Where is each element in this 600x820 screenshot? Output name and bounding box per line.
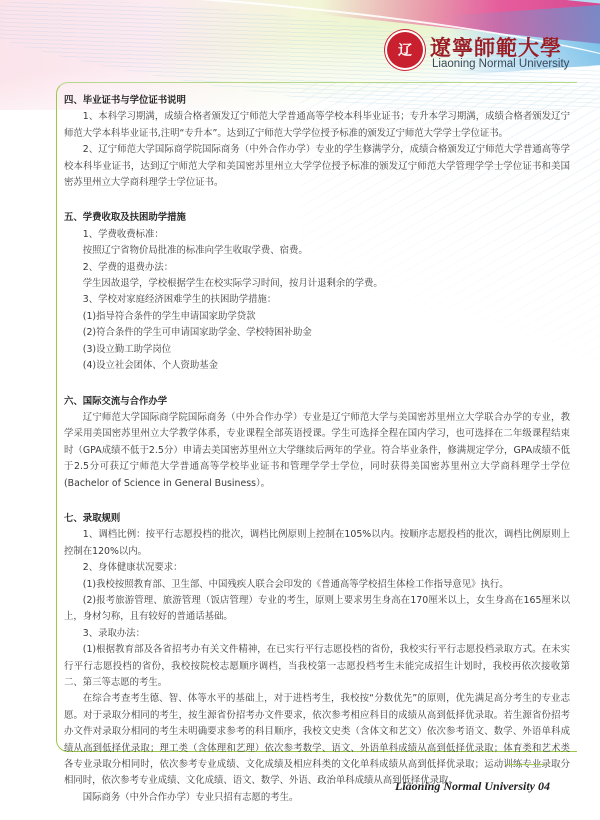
section-title: 五、学费收取及扶困助学措施 bbox=[64, 210, 570, 226]
paragraph: (1)我校按照教育部、卫生部、中国残疾人联合会印发的《普通高等学校招生体检工作指… bbox=[64, 577, 570, 593]
paragraph: 1、调档比例：按平行志愿投档的批次，调档比例原则上控制在105%以内。按顺序志愿… bbox=[64, 527, 570, 560]
section-title: 六、国际交流与合作办学 bbox=[64, 394, 570, 410]
document-body: 四、毕业证书与学位证书说明 1、本科学习期满，成绩合格者颁发辽宁师范大学普通高等… bbox=[64, 93, 570, 806]
university-emblem-icon: 辽 bbox=[387, 32, 423, 68]
paragraph: 辽宁师范大学国际商学院国际商务（中外合作办学）专业是辽宁师范大学与美国密苏里州立… bbox=[64, 410, 570, 492]
list-item: 2、学费的退费办法： bbox=[64, 260, 570, 276]
paragraph: 1、本科学习期满，成绩合格者颁发辽宁师范大学普通高等学校本科毕业证书；专升本学习… bbox=[64, 109, 570, 142]
list-item: (2)符合条件的学生可申请国家助学金、学校特困补助金 bbox=[64, 325, 570, 341]
paragraph: 2、身体健康状况要求： bbox=[64, 560, 570, 576]
emblem-glyph: 辽 bbox=[398, 40, 412, 60]
paragraph: 2、辽宁师范大学国际商学院国际商务（中外合作办学）专业的学生修满学分，成绩合格颁… bbox=[64, 142, 570, 191]
page-footer: Liaoning Normal University 04 bbox=[395, 779, 550, 794]
list-item: 学生因故退学，学校根据学生在校实际学习时间，按月计退剩余的学费。 bbox=[64, 276, 570, 292]
list-item: 3、学校对家庭经济困难学生的扶困助学措施： bbox=[64, 292, 570, 308]
list-item: (1)指导符合条件的学生申请国家助学贷款 bbox=[64, 309, 570, 325]
paragraph: (2)报考旅游管理、旅游管理（饭店管理）专业的考生，原则上要求男生身高在170厘… bbox=[64, 593, 570, 626]
list-item: 按照辽宁省物价局批准的标准向学生收取学费、宿费。 bbox=[64, 243, 570, 259]
list-item: (4)设立社会团体、个人资助基金 bbox=[64, 358, 570, 374]
section-title: 七、录取规则 bbox=[64, 511, 570, 527]
list-item: 1、学费收费标准： bbox=[64, 227, 570, 243]
paragraph: 在综合考查考生德、智、体等水平的基础上，对于进档考生，我校按“分数优先”的原则，… bbox=[64, 691, 570, 789]
university-name-en: Liaoning Normal University bbox=[432, 58, 569, 70]
section-title: 四、毕业证书与学位证书说明 bbox=[64, 93, 570, 109]
list-item: (3)设立勤工助学岗位 bbox=[64, 342, 570, 358]
paragraph: 3、录取办法： bbox=[64, 626, 570, 642]
paragraph: (1)根据教育部及各省招考办有关文件精神，在已实行平行志愿投档的省份，我校实行平… bbox=[64, 642, 570, 691]
footer-divider bbox=[505, 764, 545, 765]
